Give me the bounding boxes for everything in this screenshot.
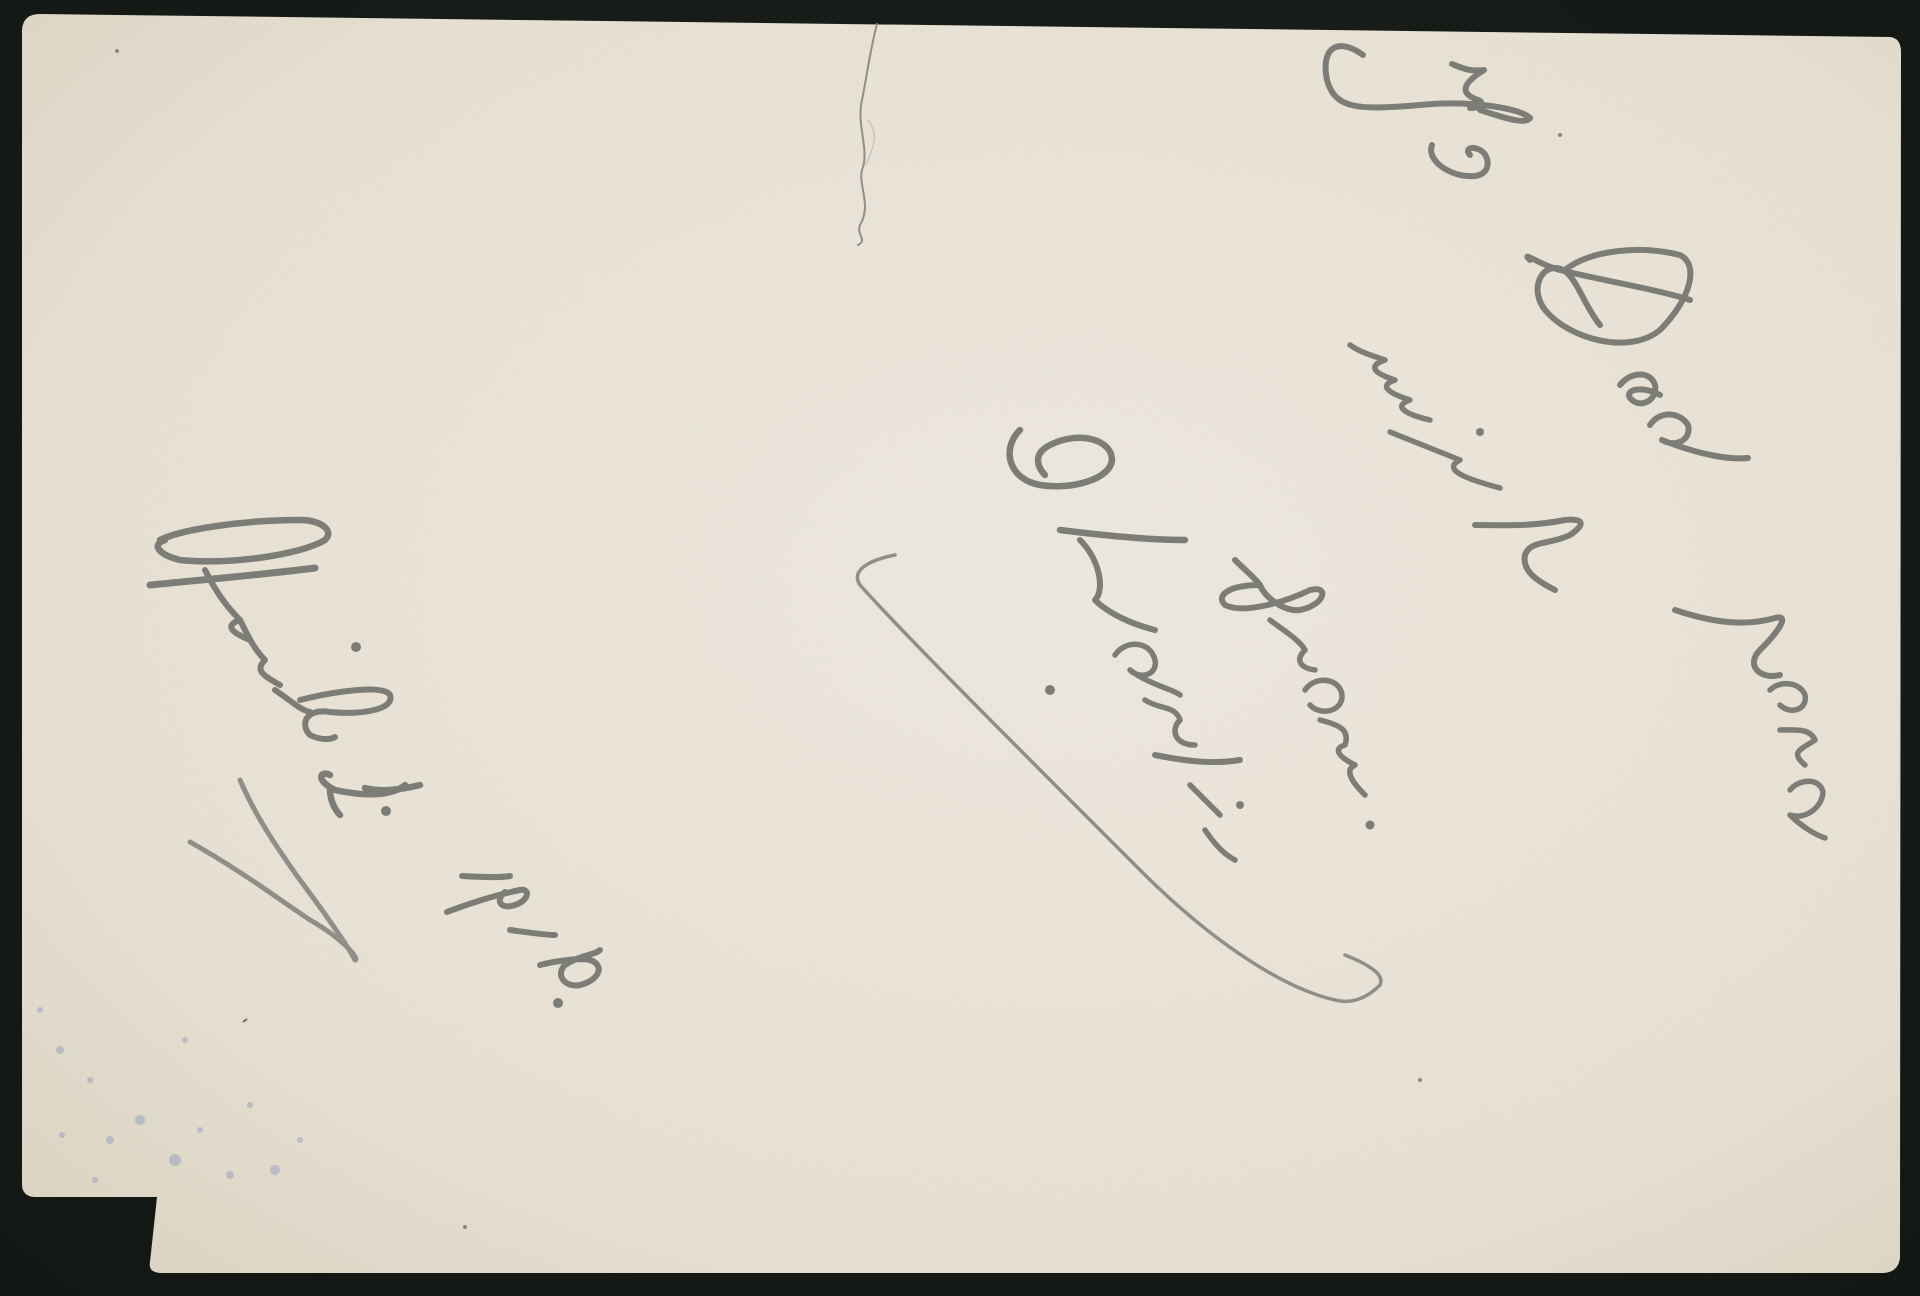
card-image (0, 0, 1920, 1296)
scanned-card: To Dad with love from. Charlie April 7. … (0, 0, 1920, 1296)
